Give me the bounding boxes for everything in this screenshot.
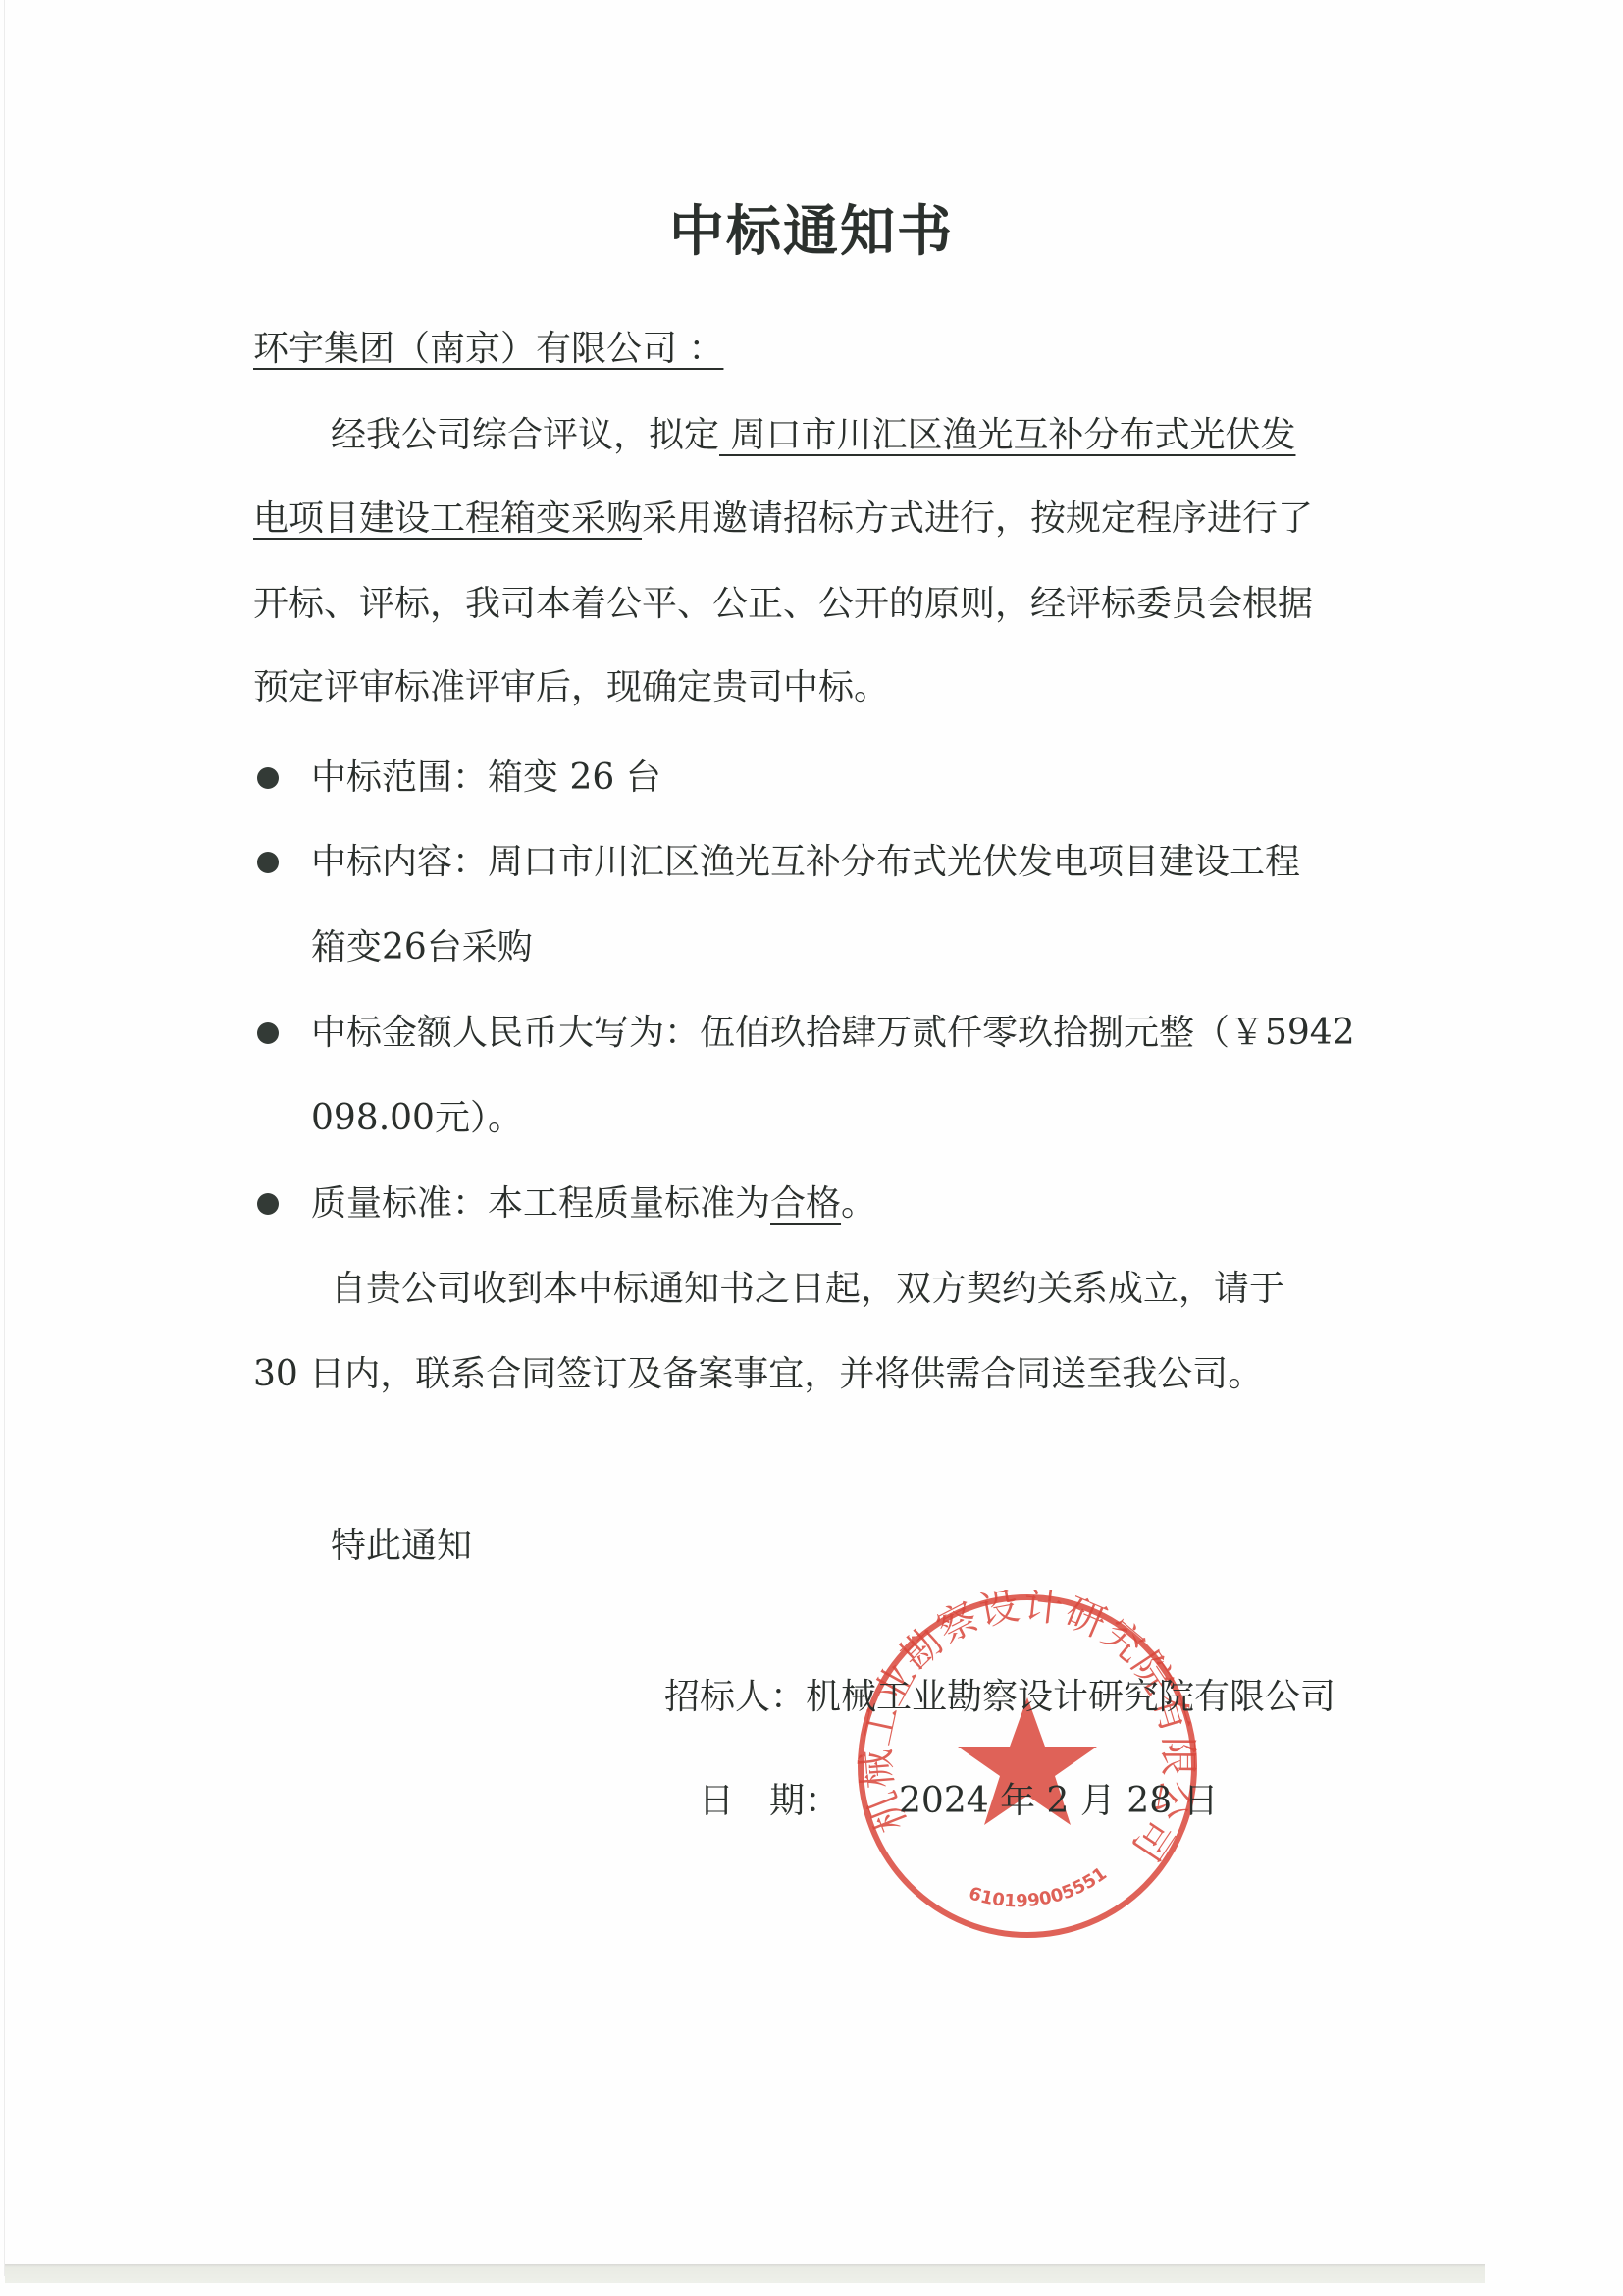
award-content-line-1: 中标内容：周口市川汇区渔光互补分布式光伏发电项目建设工程 <box>311 839 1300 886</box>
intro-line-3: 开标、评标，我司本着公平、公正、公开的原则，经评标委员会根据 <box>253 581 1313 628</box>
date-line: 日 期：2024 年 2 月 28 日 <box>699 1778 1219 1825</box>
closing-line-1: 自贵公司收到本中标通知书之日起，双方契约关系成立，请于 <box>331 1266 1284 1313</box>
project-name-part-2: 电项目建设工程箱变采购 <box>253 498 642 539</box>
bullet-icon <box>257 1193 279 1215</box>
intro-lead: 经我公司综合评议，拟定 <box>331 415 719 455</box>
intro-method: 采用邀请招标方式进行，按规定程序进行了 <box>642 498 1313 539</box>
bullet-icon <box>257 1022 279 1044</box>
quality-value: 合格 <box>770 1183 841 1224</box>
document-page: 中标通知书 环宇集团（南京）有限公司 ： 经我公司综合评议，拟定 周口市川汇区渔… <box>0 0 1623 2296</box>
intro-line-4: 预定评审标准评审后，现确定贵司中标。 <box>253 664 889 711</box>
svg-text:610199005551: 610199005551 <box>967 1863 1111 1911</box>
intro-line-1: 经我公司综合评议，拟定 周口市川汇区渔光互补分布式光伏发 <box>331 412 1295 459</box>
recipient: 环宇集团（南京）有限公司 ： <box>253 326 723 373</box>
quality-prefix: 质量标准：本工程质量标准为 <box>311 1183 770 1224</box>
closing-line-2: 30 日内，联系合同签订及备案事宜，并将供需合同送至我公司。 <box>253 1351 1263 1398</box>
award-scope: 中标范围：箱变 26 台 <box>311 755 661 802</box>
intro-line-2: 电项目建设工程箱变采购采用邀请招标方式进行，按规定程序进行了 <box>253 496 1313 543</box>
award-amount-line-2: 098.00元）。 <box>311 1095 523 1142</box>
scan-edge <box>4 0 5 2276</box>
project-name-part-1: 周口市川汇区渔光互补分布式光伏发 <box>719 415 1295 455</box>
quality-suffix: 。 <box>841 1183 876 1224</box>
award-amount-line-1: 中标金额人民币大写为：伍佰玖拾肆万贰仟零玖拾捌元整（￥5942 <box>311 1010 1355 1057</box>
quality-standard: 质量标准：本工程质量标准为合格。 <box>311 1180 876 1227</box>
document-title: 中标通知书 <box>0 188 1623 267</box>
issuer-name: 机械工业勘察设计研究院有限公司 <box>806 1677 1335 1717</box>
notice-text: 特此通知 <box>331 1523 472 1570</box>
issuer-line: 招标人：机械工业勘察设计研究院有限公司 <box>664 1674 1335 1721</box>
date-value: 2024 年 2 月 28 日 <box>899 1781 1219 1821</box>
date-label: 日 期： <box>699 1781 840 1821</box>
company-seal: 机械工业勘察设计研究院有限公司 610199005551 <box>846 1590 1209 1943</box>
seal-stamp-icon: 机械工业勘察设计研究院有限公司 610199005551 <box>846 1590 1209 1943</box>
bullet-icon <box>257 767 279 789</box>
issuer-label: 招标人： <box>664 1677 806 1717</box>
award-content-line-2: 箱变26台采购 <box>311 924 533 971</box>
bullet-icon <box>257 852 279 873</box>
scan-bottom-edge <box>5 2264 1485 2283</box>
